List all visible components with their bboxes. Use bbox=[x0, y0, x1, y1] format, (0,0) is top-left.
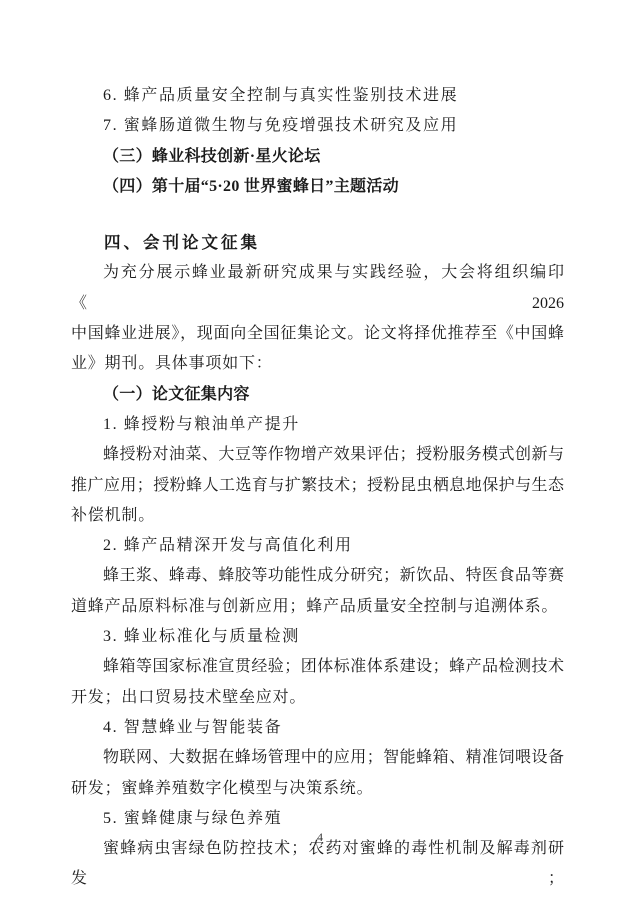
numbered-item-6: 6. 蜂产品质量安全控制与真实性鉴别技术进展 bbox=[71, 81, 564, 111]
document-body: 6. 蜂产品质量安全控制与真实性鉴别技术进展7. 蜜蜂肠道微生物与免疫增强技术研… bbox=[71, 81, 564, 895]
paragraph-line: 开发；出口贸易技术壁垒应对。 bbox=[71, 683, 564, 713]
subsection-heading-3: （三）蜂业科技创新·星火论坛 bbox=[71, 142, 564, 172]
subsection-heading-4: （四）第十届“5·20 世界蜜蜂日”主题活动 bbox=[71, 172, 564, 202]
numbered-item-7: 7. 蜜蜂肠道微生物与免疫增强技术研究及应用 bbox=[71, 111, 564, 141]
numbered-item-4: 4. 智慧蜂业与智能装备 bbox=[71, 713, 564, 743]
document-page: 6. 蜂产品质量安全控制与真实性鉴别技术进展7. 蜜蜂肠道微生物与免疫增强技术研… bbox=[0, 0, 640, 905]
paragraph-line: 推广应用；授粉蜂人工选育与扩繁技术；授粉昆虫栖息地保护与生态 bbox=[71, 471, 564, 501]
numbered-item-3: 3. 蜂业标准化与质量检测 bbox=[71, 622, 564, 652]
paragraph-line: 业》期刊。具体事项如下： bbox=[71, 349, 564, 379]
section-heading-4: 四、会刊论文征集 bbox=[71, 228, 564, 258]
page-number: 4 bbox=[0, 830, 640, 845]
paragraph-line: 蜂王浆、蜂毒、蜂胶等功能性成分研究；新饮品、特医食品等赛 bbox=[71, 561, 564, 591]
paragraph-line: 蜂箱等国家标准宣贯经验；团体标准体系建设；蜂产品检测技术 bbox=[71, 652, 564, 682]
paragraph-line: 蜂授粉对油菜、大豆等作物增产效果评估；授粉服务模式创新与 bbox=[71, 440, 564, 470]
paragraph-line: 物联网、大数据在蜂场管理中的应用；智能蜂箱、精准饲喂设备 bbox=[71, 743, 564, 773]
paragraph-line: 中国蜂业进展》，现面向全国征集论文。论文将择优推荐至《中国蜂 bbox=[71, 319, 564, 349]
paragraph-line: 为充分展示蜂业最新研究成果与实践经验，大会将组织编印《2026 bbox=[71, 258, 564, 319]
paragraph-line: 研发；蜜蜂养殖数字化模型与决策系统。 bbox=[71, 774, 564, 804]
subsection-heading-1: （一）论文征集内容 bbox=[71, 380, 564, 410]
numbered-item-1: 1. 蜂授粉与粮油单产提升 bbox=[71, 410, 564, 440]
numbered-item-2: 2. 蜂产品精深开发与高值化利用 bbox=[71, 531, 564, 561]
paragraph-line: 道蜂产品原料标准与创新应用；蜂产品质量安全控制与追溯体系。 bbox=[71, 592, 564, 622]
paragraph-line: 补偿机制。 bbox=[71, 501, 564, 531]
